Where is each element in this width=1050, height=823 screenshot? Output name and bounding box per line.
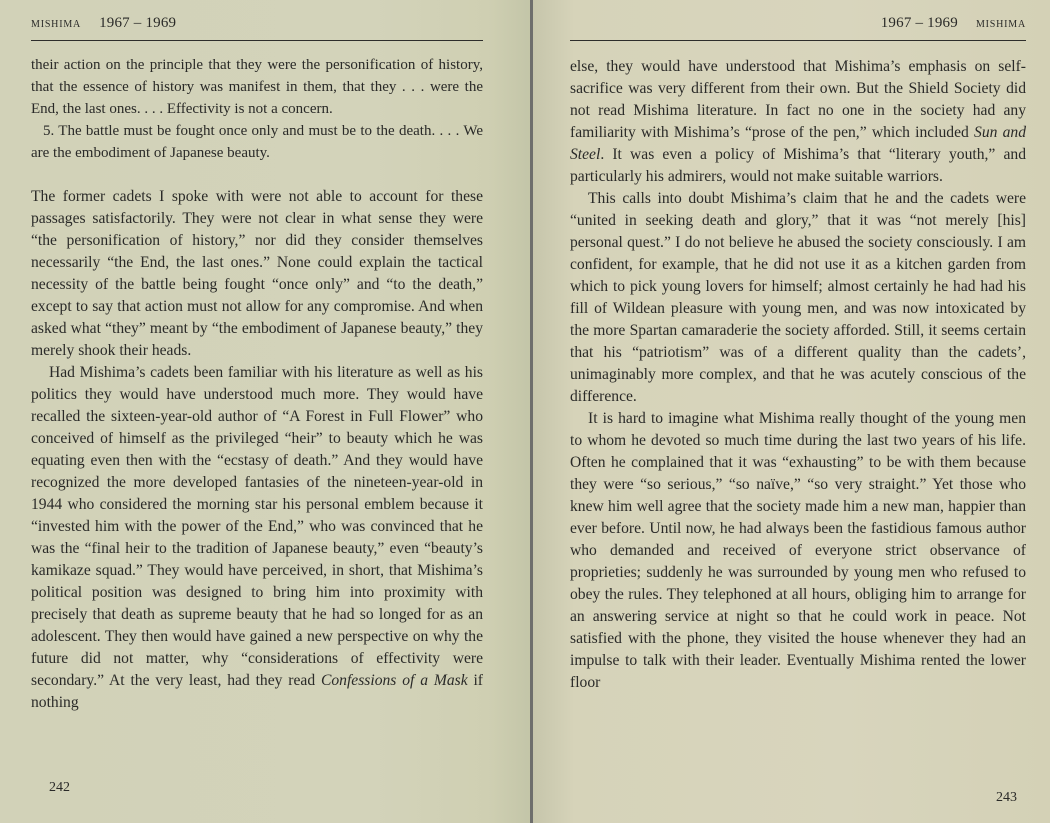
right-running-head: 1967 – 1969 Mishima bbox=[881, 15, 1026, 32]
header-rule bbox=[570, 40, 1026, 41]
paragraph: This calls into doubt Mishima’s claim th… bbox=[570, 188, 1026, 408]
running-head-title: Mishima bbox=[31, 16, 81, 32]
right-page: 1967 – 1969 Mishima else, they would hav… bbox=[533, 0, 1050, 823]
left-body-text: their action on the principle that they … bbox=[31, 54, 483, 714]
paragraph: else, they would have understood that Mi… bbox=[570, 56, 1026, 188]
book-title-italic: Confessions of a Mask bbox=[321, 672, 468, 689]
left-page: Mishima 1967 – 1969 their action on the … bbox=[0, 0, 531, 823]
quote-item-5: 5. The battle must be fought once only a… bbox=[31, 120, 483, 164]
page-number: 242 bbox=[49, 780, 70, 796]
running-head-years: 1967 – 1969 bbox=[881, 15, 958, 32]
quote-continuation: their action on the principle that they … bbox=[31, 54, 483, 120]
running-head-years: 1967 – 1969 bbox=[99, 15, 176, 32]
right-body-text: else, they would have understood that Mi… bbox=[570, 56, 1026, 694]
book-spread: Mishima 1967 – 1969 their action on the … bbox=[0, 0, 1050, 823]
paragraph: The former cadets I spoke with were not … bbox=[31, 186, 483, 362]
page-number: 243 bbox=[996, 790, 1017, 806]
header-rule bbox=[31, 40, 483, 41]
left-running-head: Mishima 1967 – 1969 bbox=[31, 15, 176, 32]
paragraph: Had Mishima’s cadets been familiar with … bbox=[31, 362, 483, 714]
paragraph-text: else, they would have understood that Mi… bbox=[570, 58, 1026, 141]
running-head-title: Mishima bbox=[976, 16, 1026, 32]
paragraph-text: Had Mishima’s cadets been familiar with … bbox=[31, 364, 483, 689]
block-quote: their action on the principle that they … bbox=[31, 54, 483, 164]
paragraph-text: . It was even a policy of Mishima’s that… bbox=[570, 146, 1026, 185]
paragraph: It is hard to imagine what Mishima reall… bbox=[570, 408, 1026, 694]
